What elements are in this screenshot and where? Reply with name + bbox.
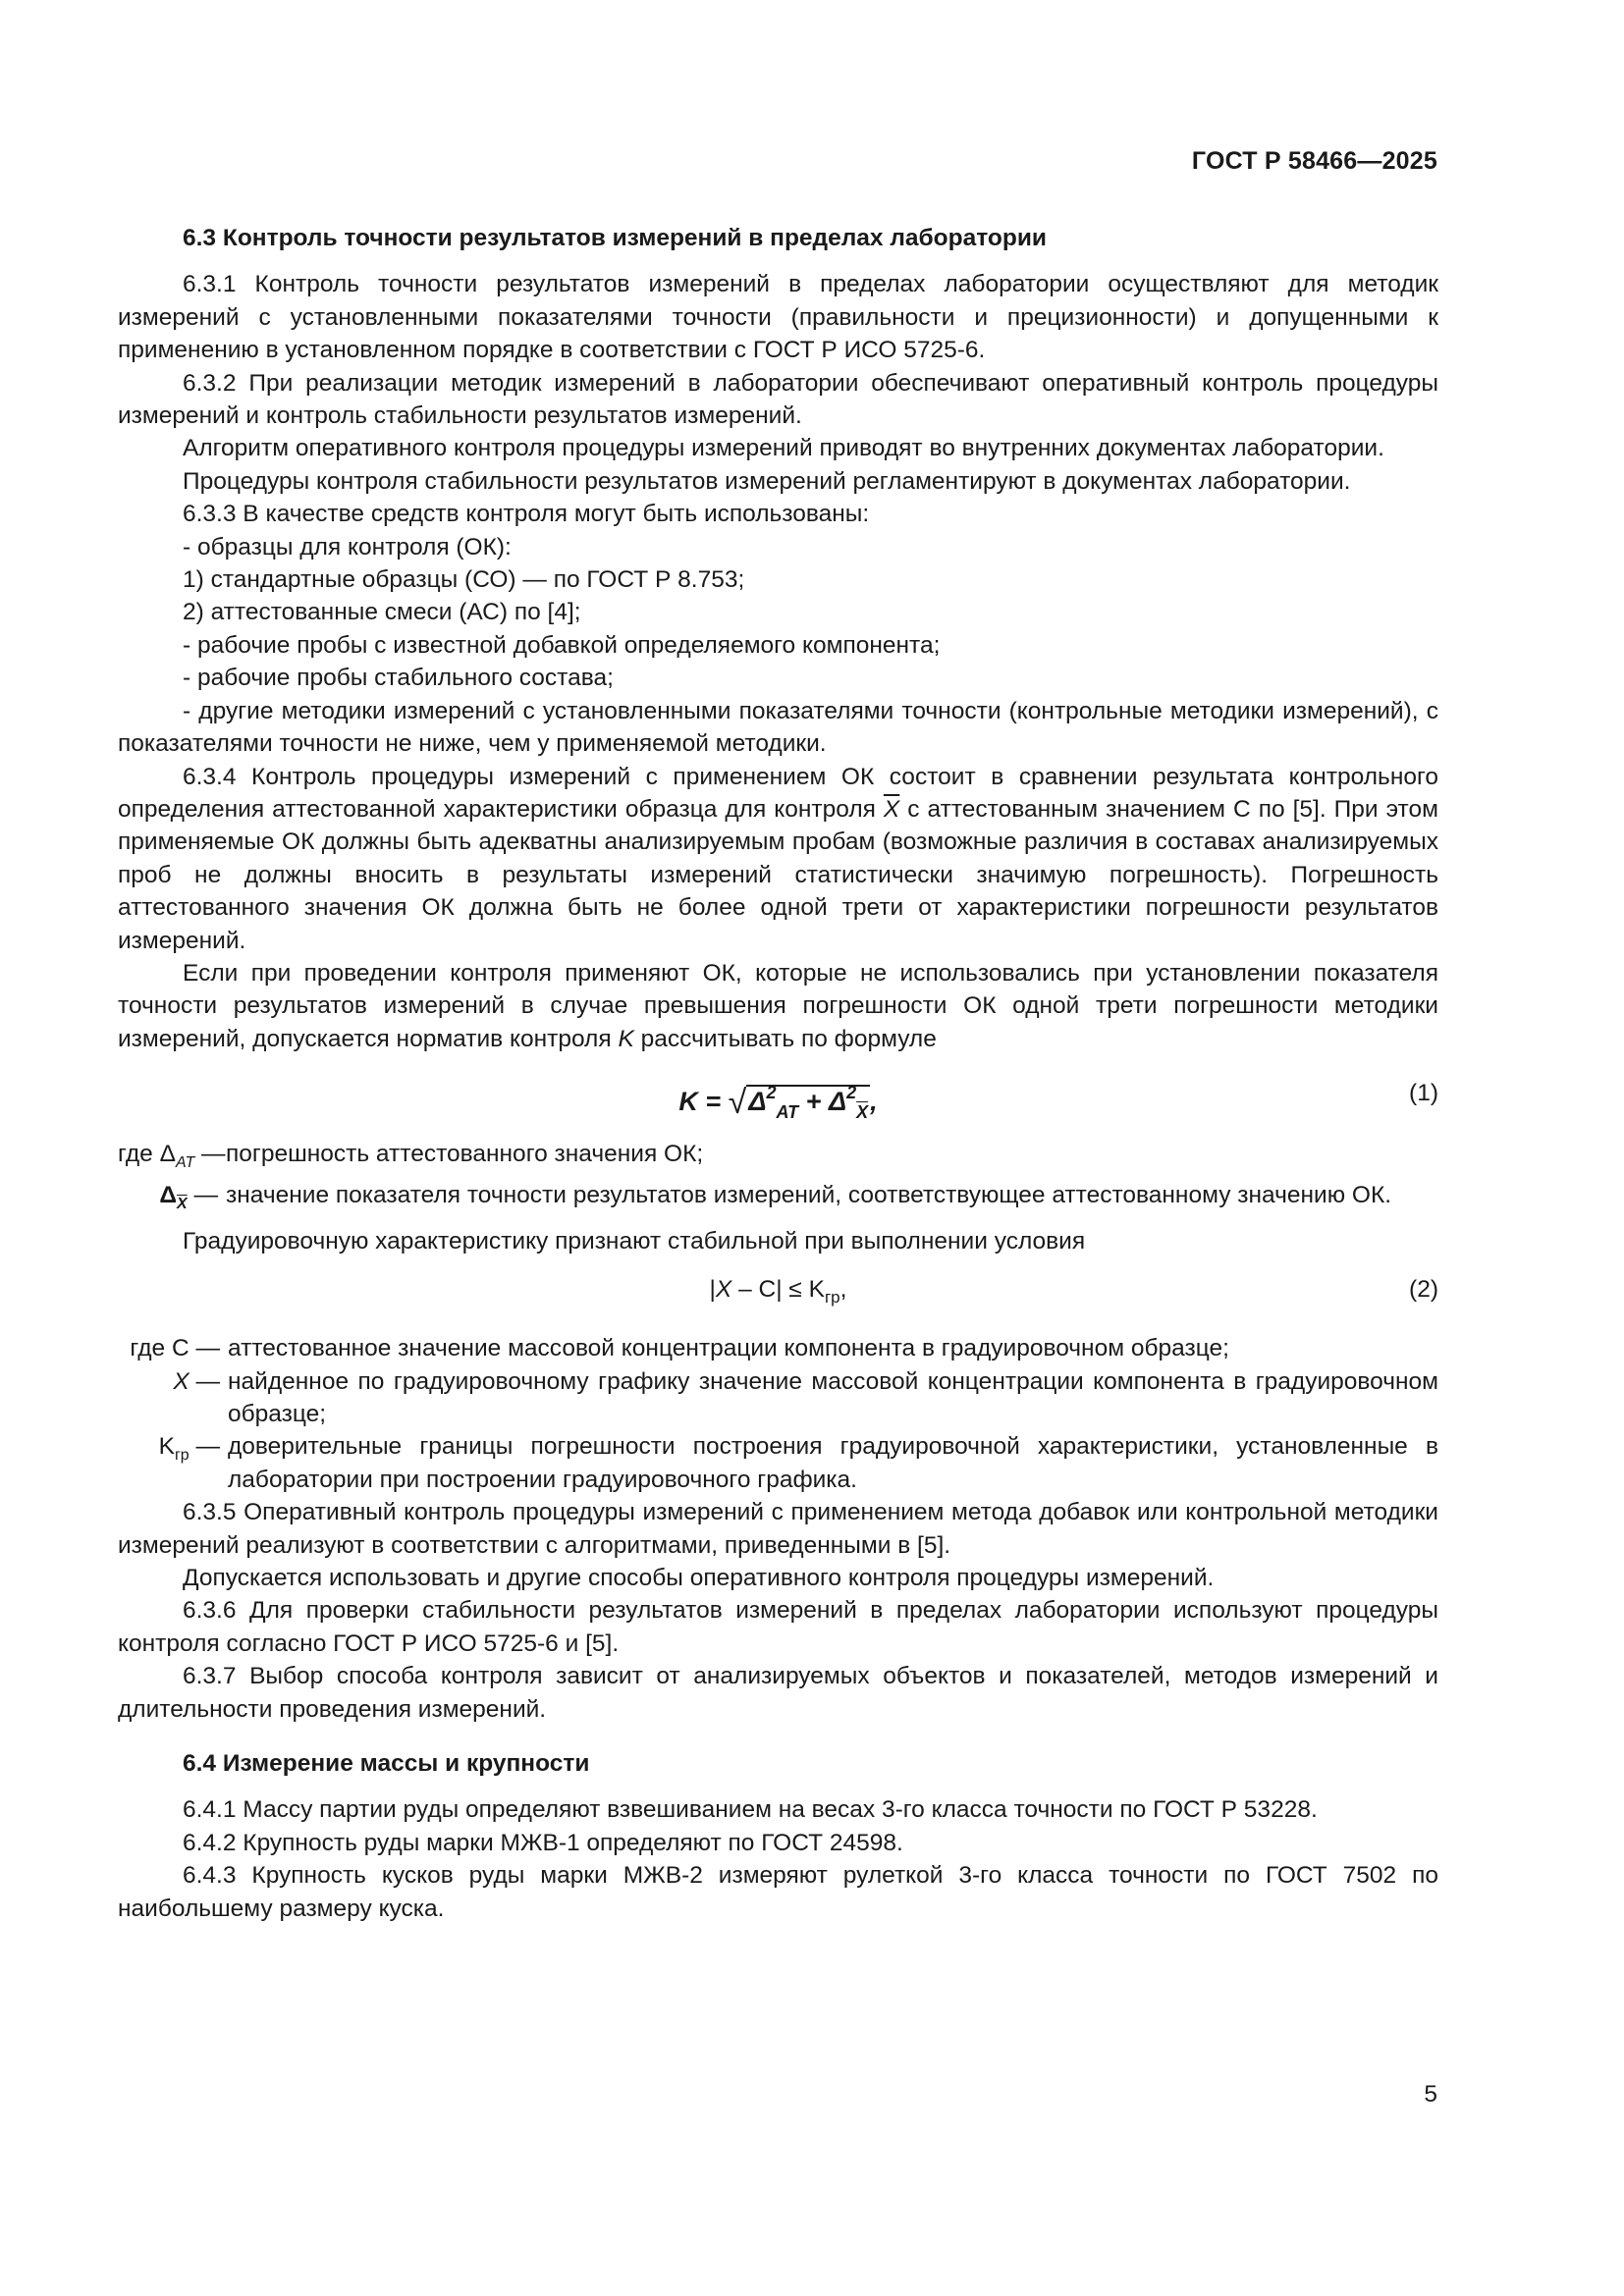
paragraph-6-3-4: 6.3.4 Контроль процедуры измерений с при… bbox=[118, 761, 1438, 957]
section-heading-6-4: 6.4 Измерение массы и крупности bbox=[118, 1747, 1438, 1780]
equation-number-2: (2) bbox=[1409, 1273, 1438, 1306]
formula-1-legend: где ΔAT — погрешность аттестованного зна… bbox=[118, 1138, 1438, 1221]
legend-symbol: X — bbox=[118, 1365, 228, 1431]
paragraph-6-3-2: 6.3.2 При реализации методик измерений в… bbox=[118, 367, 1438, 433]
legend-symbol: где С — bbox=[118, 1332, 228, 1364]
list-item: - другие методики измерений с установлен… bbox=[118, 695, 1438, 761]
sqrt-icon: √ bbox=[729, 1084, 747, 1121]
formula-2-legend: где С — аттестованное значение массовой … bbox=[118, 1332, 1438, 1496]
paragraph-6-3-3: 6.3.3 В качестве средств контроля могут … bbox=[118, 498, 1438, 530]
legend-description: найденное по градуировочному графику зна… bbox=[228, 1365, 1438, 1431]
legend-description: доверительные границы погрешности постро… bbox=[228, 1430, 1438, 1496]
list-item: 2) аттестованные смеси (АС) по [4]; bbox=[118, 596, 1438, 628]
legend-symbol: где ΔAT — bbox=[118, 1138, 226, 1179]
paragraph-6-4-1: 6.4.1 Массу партии руды определяют взвеш… bbox=[118, 1793, 1438, 1826]
legend-description: аттестованное значение массовой концентр… bbox=[228, 1332, 1438, 1364]
list-item: - рабочие пробы стабильного состава; bbox=[118, 662, 1438, 694]
paragraph-graduation: Градуировочную характеристику признают с… bbox=[118, 1225, 1438, 1257]
paragraph-procedures: Процедуры контроля стабильности результа… bbox=[118, 465, 1438, 498]
section-heading-6-3: 6.3 Контроль точности результатов измере… bbox=[118, 222, 1438, 254]
paragraph-6-4-3: 6.4.3 Крупность кусков руды марки МЖВ-2 … bbox=[118, 1859, 1438, 1925]
formula-1: K = √Δ2AT + Δ2X, (1) bbox=[118, 1061, 1438, 1134]
legend-description: значение показателя точности результатов… bbox=[226, 1179, 1438, 1220]
paragraph-6-3-1: 6.3.1 Контроль точности результатов изме… bbox=[118, 268, 1438, 366]
paragraph-6-3-6: 6.3.6 Для проверки стабильности результа… bbox=[118, 1594, 1438, 1660]
list-item: - рабочие пробы с известной добавкой опр… bbox=[118, 629, 1438, 662]
formula-1-expression: K = √Δ2AT + Δ2X, bbox=[118, 1077, 1438, 1129]
legend-symbol: ΔX — bbox=[118, 1179, 226, 1220]
x-bar-symbol: X bbox=[884, 796, 899, 823]
paragraph-allowed: Допускается использовать и другие способ… bbox=[118, 1562, 1438, 1594]
equation-number-1: (1) bbox=[1409, 1077, 1438, 1109]
list-item: - образцы для контроля (ОК): bbox=[118, 531, 1438, 563]
list-item: 1) стандартные образцы (СО) — по ГОСТ Р … bbox=[118, 563, 1438, 596]
formula-2: |X – C| ≤ Kгр, (2) bbox=[118, 1263, 1438, 1328]
page-content: 6.3 Контроль точности результатов измере… bbox=[118, 222, 1438, 1925]
paragraph-6-3-5: 6.3.5 Оперативный контроль процедуры изм… bbox=[118, 1496, 1438, 1562]
paragraph-6-4-2: 6.4.2 Крупность руды марки МЖВ-1 определ… bbox=[118, 1827, 1438, 1859]
page-number: 5 bbox=[1424, 2081, 1437, 2109]
legend-description: погрешность аттестованного значения ОК; bbox=[226, 1138, 1438, 1179]
legend-symbol: Kгр — bbox=[118, 1430, 228, 1496]
paragraph-algorithm: Алгоритм оперативного контроля процедуры… bbox=[118, 432, 1438, 464]
formula-2-expression: |X – C| ≤ Kгр, bbox=[118, 1273, 1438, 1313]
control-means-list: - образцы для контроля (ОК): 1) стандарт… bbox=[118, 531, 1438, 761]
k-symbol: K bbox=[618, 1026, 633, 1052]
paragraph-norm-k: Если при проведении контроля применяют О… bbox=[118, 957, 1438, 1055]
document-code: ГОСТ Р 58466—2025 bbox=[1192, 147, 1437, 176]
document-page: ГОСТ Р 58466—2025 6.3 Контроль точности … bbox=[0, 0, 1624, 2296]
paragraph-6-3-7: 6.3.7 Выбор способа контроля зависит от … bbox=[118, 1660, 1438, 1726]
